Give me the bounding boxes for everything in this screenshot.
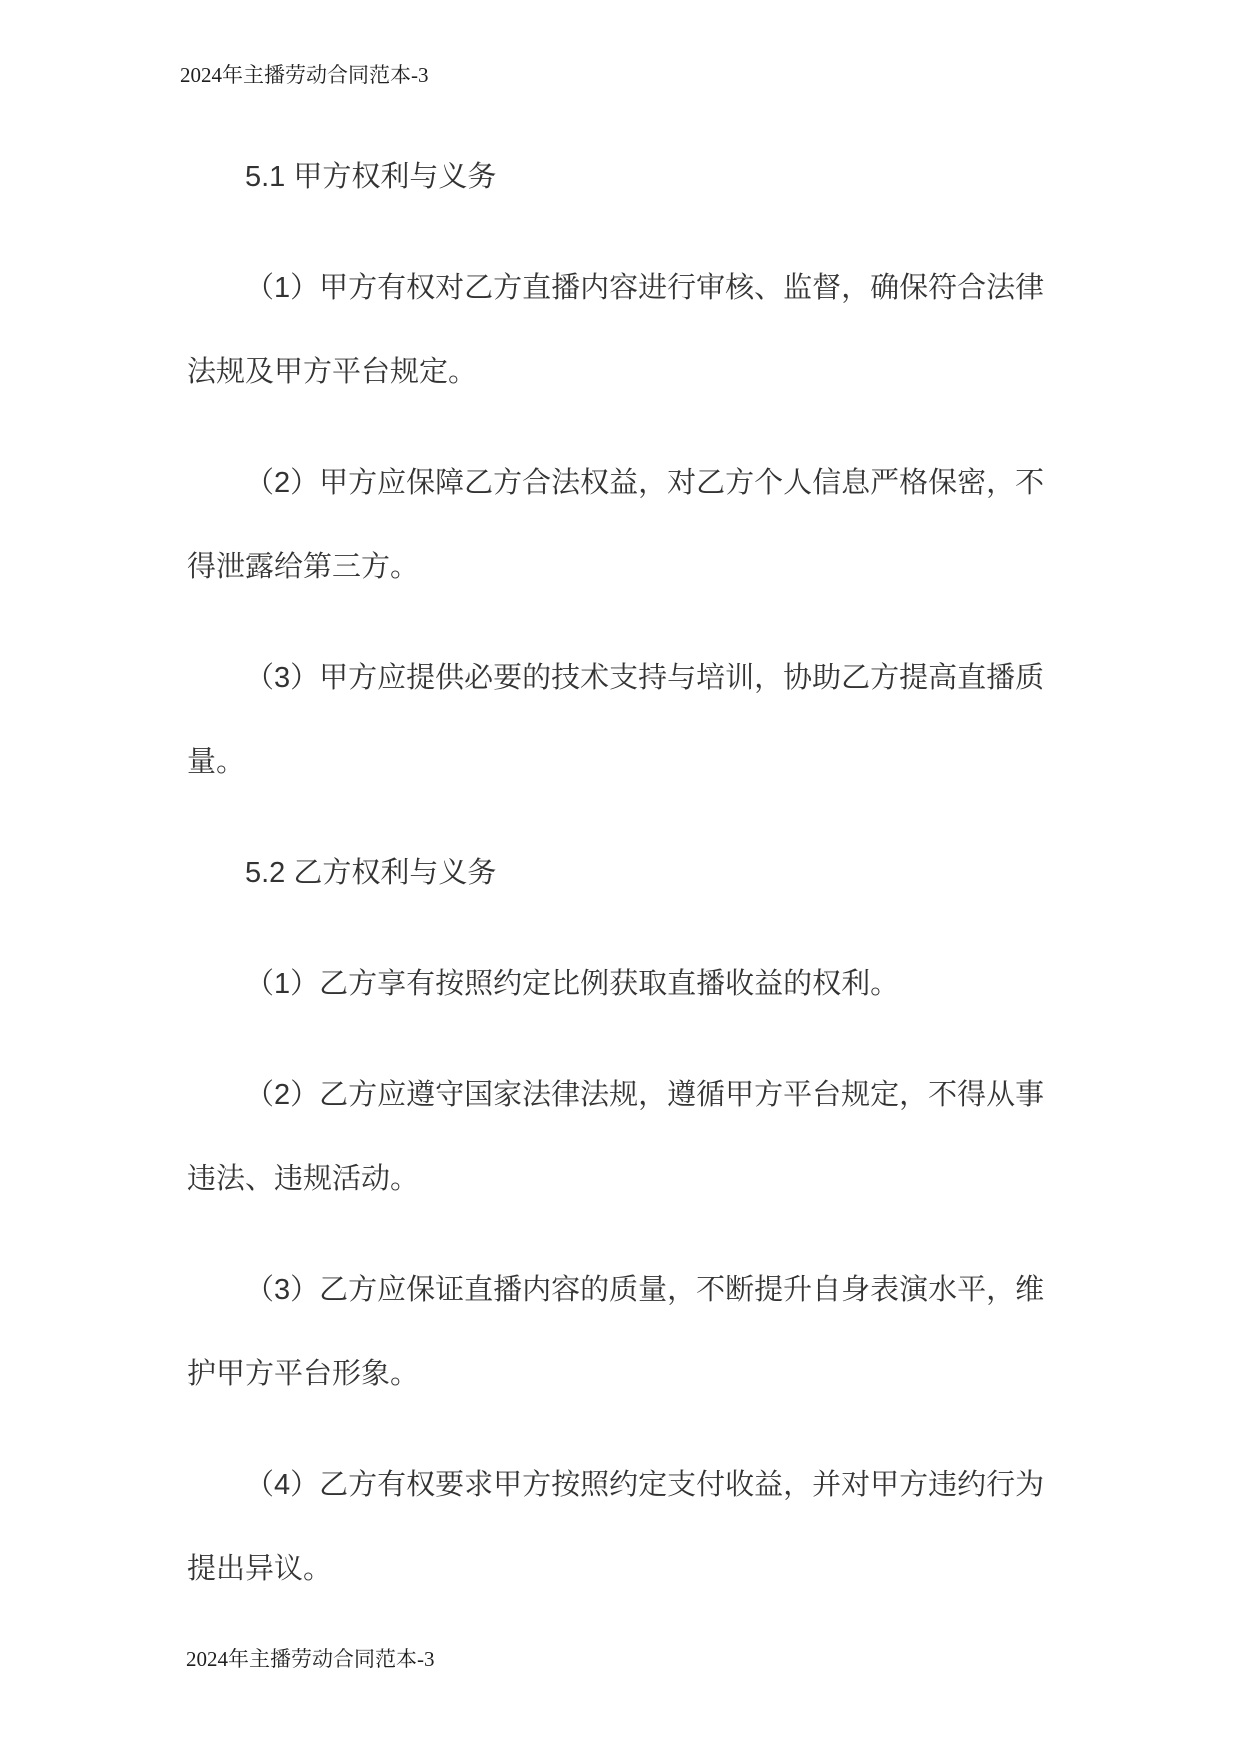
section-5-2-heading: 5.2 乙方权利与义务: [187, 831, 1107, 915]
section-5-1: 5.1 甲方权利与义务: [187, 135, 1107, 219]
clause-5-2-1: （1）乙方享有按照约定比例获取直播收益的权利。: [187, 942, 1107, 1026]
clause-line: （4）乙方有权要求甲方按照约定支付收益，并对甲方违约行为: [187, 1443, 1107, 1527]
clause-line: 法规及甲方平台规定。: [187, 330, 1107, 414]
clause-5-1-3: （3）甲方应提供必要的技术支持与培训，协助乙方提高直播质 量。: [187, 636, 1107, 804]
clause-line: （3）乙方应保证直播内容的质量，不断提升自身表演水平，维: [187, 1248, 1107, 1332]
document-page: 2024年主播劳动合同范本-3 5.1 甲方权利与义务 （1）甲方有权对乙方直播…: [0, 0, 1240, 1753]
clause-line: （3）甲方应提供必要的技术支持与培训，协助乙方提高直播质: [187, 636, 1107, 720]
clause-5-2-2: （2）乙方应遵守国家法律法规，遵循甲方平台规定，不得从事 违法、违规活动。: [187, 1053, 1107, 1221]
clause-5-2-3: （3）乙方应保证直播内容的质量，不断提升自身表演水平，维 护甲方平台形象。: [187, 1248, 1107, 1416]
section-5-1-heading: 5.1 甲方权利与义务: [187, 135, 1107, 219]
page-footer: 2024年主播劳动合同范本-3: [186, 1644, 435, 1674]
clause-5-2-4: （4）乙方有权要求甲方按照约定支付收益，并对甲方违约行为 提出异议。: [187, 1443, 1107, 1611]
clause-line: 量。: [187, 720, 1107, 804]
clause-line: （2）乙方应遵守国家法律法规，遵循甲方平台规定，不得从事: [187, 1053, 1107, 1137]
clause-line: （2）甲方应保障乙方合法权益，对乙方个人信息严格保密，不: [187, 441, 1107, 525]
clause-line: 提出异议。: [187, 1527, 1107, 1611]
clause-line: （1）甲方有权对乙方直播内容进行审核、监督，确保符合法律: [187, 246, 1107, 330]
clause-line: 护甲方平台形象。: [187, 1332, 1107, 1416]
clause-line: 得泄露给第三方。: [187, 525, 1107, 609]
clause-line: 违法、违规活动。: [187, 1137, 1107, 1221]
contract-body: 5.1 甲方权利与义务 （1）甲方有权对乙方直播内容进行审核、监督，确保符合法律…: [187, 0, 1107, 1638]
clause-5-1-2: （2）甲方应保障乙方合法权益，对乙方个人信息严格保密，不 得泄露给第三方。: [187, 441, 1107, 609]
clause-line: （1）乙方享有按照约定比例获取直播收益的权利。: [187, 942, 1107, 1026]
clause-5-1-1: （1）甲方有权对乙方直播内容进行审核、监督，确保符合法律 法规及甲方平台规定。: [187, 246, 1107, 414]
section-5-2: 5.2 乙方权利与义务: [187, 831, 1107, 915]
